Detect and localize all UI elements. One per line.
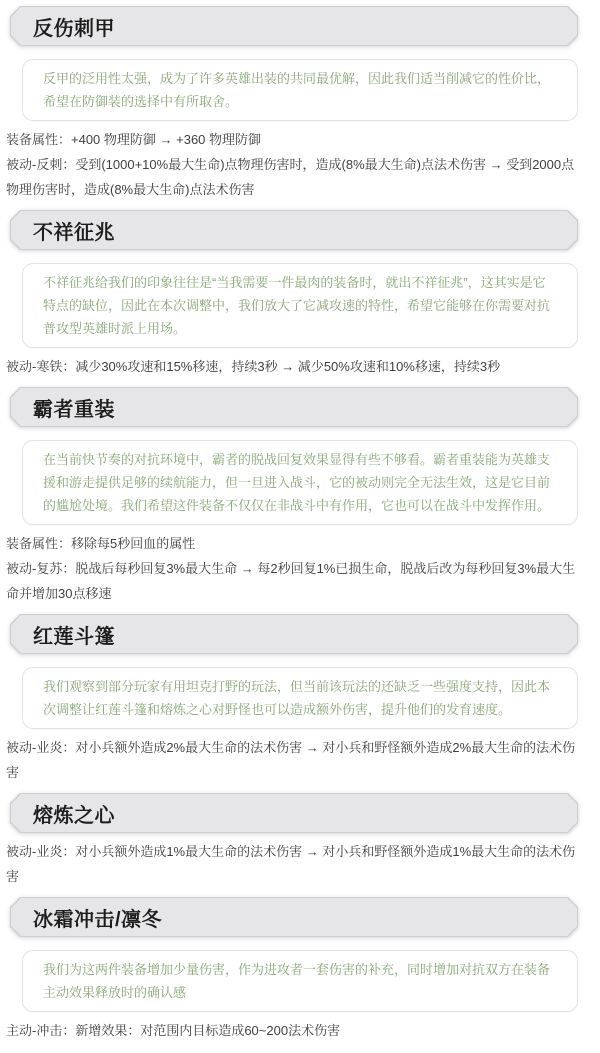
item-section-header: 反伤刺甲 <box>10 6 578 46</box>
item-section-header: 霸者重装 <box>10 387 578 427</box>
change-line: 被动-业炎：对小兵额外造成2%最大生命的法术伤害 → 对小兵和野怪额外造成2%最… <box>6 735 578 785</box>
header-chamfer-frame: 反伤刺甲 <box>10 6 578 46</box>
item-title: 霸者重装 <box>33 393 115 422</box>
header-chamfer-frame: 霸者重装 <box>10 387 578 427</box>
change-line: 被动-寒铁：减少30%攻速和15%移速，持续3秒 → 减少50%攻速和10%移速… <box>6 354 578 379</box>
item-title: 红莲斗篷 <box>33 620 115 649</box>
change-line: 装备属性：移除每5秒回血的属性 <box>6 531 578 556</box>
header-bar: 霸者重装 <box>11 388 577 426</box>
header-bar: 红莲斗篷 <box>11 615 577 653</box>
header-chamfer-frame: 冰霜冲击/凛冬 <box>10 897 578 937</box>
item-section: 熔炼之心 被动-业炎：对小兵额外造成1%最大生命的法术伤害 → 对小兵和野怪额外… <box>6 793 578 889</box>
item-section: 不祥征兆 不祥征兆给我们的印象往往是“当我需要一件最肉的装备时，就出不祥征兆”，… <box>6 210 578 379</box>
item-section-header: 熔炼之心 <box>10 793 578 833</box>
designer-note: 我们为这两件装备增加少量伤害，作为进攻者一套伤害的补充，同时增加对抗双方在装备主… <box>22 950 578 1012</box>
item-section: 冰霜冲击/凛冬 我们为这两件装备增加少量伤害，作为进攻者一套伤害的补充，同时增加… <box>6 897 578 1043</box>
change-lines: 装备属性：移除每5秒回血的属性被动-复苏：脱战后每秒回复3%最大生命 → 每2秒… <box>6 531 578 606</box>
item-section: 霸者重装 在当前快节奏的对抗环境中，霸者的脱战回复效果显得有些不够看。霸者重装能… <box>6 387 578 606</box>
item-section-header: 红莲斗篷 <box>10 614 578 654</box>
item-title: 冰霜冲击/凛冬 <box>33 903 162 932</box>
header-bar: 不祥征兆 <box>11 211 577 249</box>
item-title: 熔炼之心 <box>33 799 115 828</box>
designer-note: 我们观察到部分玩家有用坦克打野的玩法，但当前该玩法的还缺乏一些强度支持，因此本次… <box>22 667 578 729</box>
item-section-header: 冰霜冲击/凛冬 <box>10 897 578 937</box>
item-title: 反伤刺甲 <box>33 12 115 41</box>
change-line: 被动-复苏：脱战后每秒回复3%最大生命 → 每2秒回复1%已损生命，脱战后改为每… <box>6 556 578 606</box>
change-lines: 装备属性：+400 物理防御 → +360 物理防御被动-反刺：受到(1000+… <box>6 127 578 202</box>
designer-note: 不祥征兆给我们的印象往往是“当我需要一件最肉的装备时，就出不祥征兆”，这其实是它… <box>22 263 578 348</box>
header-bar: 反伤刺甲 <box>11 7 577 45</box>
change-line: 被动-业炎：对小兵额外造成1%最大生命的法术伤害 → 对小兵和野怪额外造成1%最… <box>6 839 578 889</box>
item-changes-list: 反伤刺甲 反甲的泛用性太强，成为了许多英雄出装的共同最优解，因此我们适当削减它的… <box>6 6 578 1043</box>
change-line: 装备属性：+400 物理防御 → +360 物理防御 <box>6 127 578 152</box>
item-section: 反伤刺甲 反甲的泛用性太强，成为了许多英雄出装的共同最优解，因此我们适当削减它的… <box>6 6 578 202</box>
change-lines: 主动-冲击：新增效果：对范围内目标造成60~200法术伤害 <box>6 1018 578 1043</box>
change-line: 被动-反刺：受到(1000+10%最大生命)点物理伤害时，造成(8%最大生命)点… <box>6 152 578 202</box>
header-bar: 冰霜冲击/凛冬 <box>11 898 577 936</box>
item-title: 不祥征兆 <box>33 216 115 245</box>
change-line: 主动-冲击：新增效果：对范围内目标造成60~200法术伤害 <box>6 1018 578 1043</box>
header-chamfer-frame: 熔炼之心 <box>10 793 578 833</box>
designer-note: 反甲的泛用性太强，成为了许多英雄出装的共同最优解，因此我们适当削减它的性价比，希… <box>22 59 578 121</box>
change-lines: 被动-寒铁：减少30%攻速和15%移速，持续3秒 → 减少50%攻速和10%移速… <box>6 354 578 379</box>
item-section-header: 不祥征兆 <box>10 210 578 250</box>
designer-note: 在当前快节奏的对抗环境中，霸者的脱战回复效果显得有些不够看。霸者重装能为英雄支援… <box>22 440 578 525</box>
change-lines: 被动-业炎：对小兵额外造成1%最大生命的法术伤害 → 对小兵和野怪额外造成1%最… <box>6 839 578 889</box>
header-chamfer-frame: 不祥征兆 <box>10 210 578 250</box>
header-chamfer-frame: 红莲斗篷 <box>10 614 578 654</box>
patch-notes-page: { "colors": { "header_bg": "#e6e6e8", "h… <box>0 0 600 1053</box>
change-lines: 被动-业炎：对小兵额外造成2%最大生命的法术伤害 → 对小兵和野怪额外造成2%最… <box>6 735 578 785</box>
header-bar: 熔炼之心 <box>11 794 577 832</box>
item-section: 红莲斗篷 我们观察到部分玩家有用坦克打野的玩法，但当前该玩法的还缺乏一些强度支持… <box>6 614 578 785</box>
